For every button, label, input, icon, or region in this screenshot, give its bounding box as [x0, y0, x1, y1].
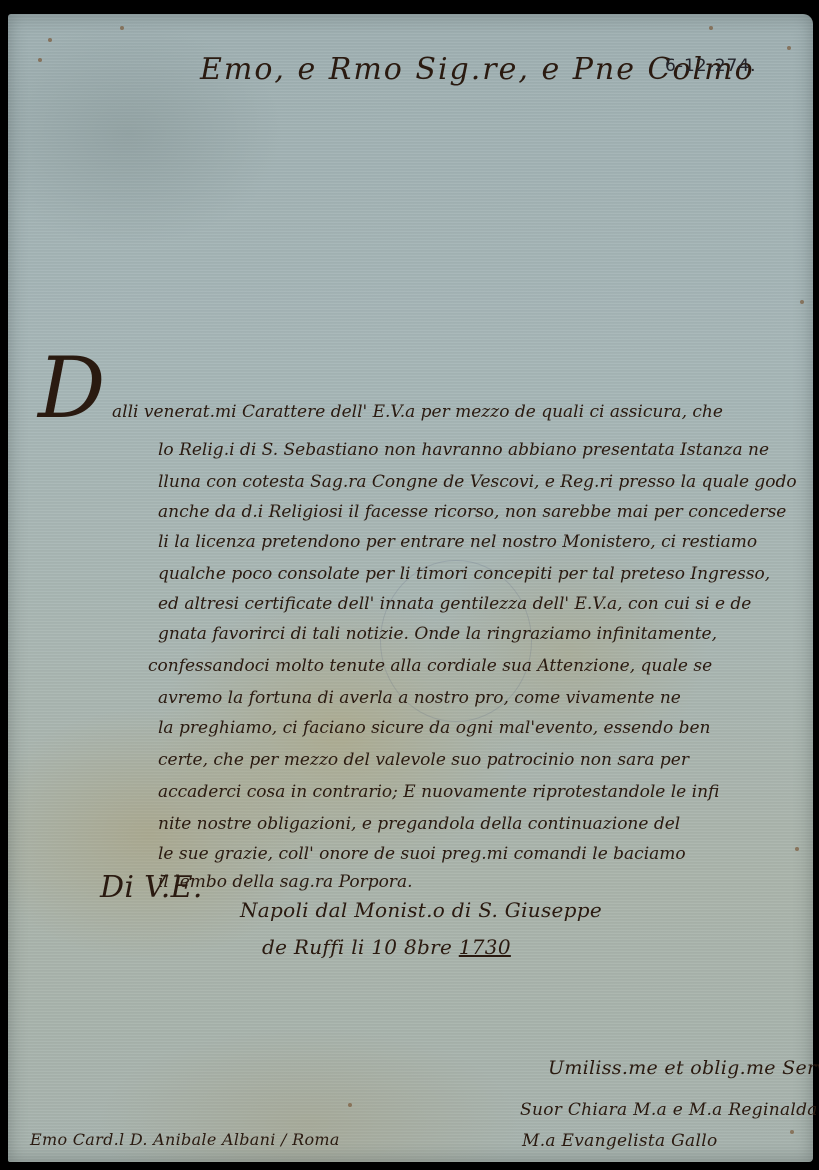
foxing-spot	[790, 1130, 794, 1134]
decorated-initial: D	[38, 346, 106, 430]
foxing-spot	[48, 38, 52, 42]
body-line: ed altresi certificate dell' innata gent…	[158, 594, 751, 614]
body-line: la preghiamo, ci faciano sicure da ogni …	[158, 718, 710, 738]
body-line: avremo la fortuna di averla a nostro pro…	[158, 688, 681, 708]
foxing-spot	[38, 58, 42, 62]
date-line: de Ruffi li 10 8bre 1730	[262, 935, 511, 959]
body-line: anche da d.i Religiosi il facesse ricors…	[158, 502, 786, 522]
foxing-spot	[348, 1103, 352, 1107]
foxing-spot	[787, 46, 791, 50]
body-line: confessandoci molto tenute alla cordiale…	[148, 656, 712, 676]
signature-line-3: M.a Evangelista Gallo	[522, 1131, 717, 1151]
foxing-spot	[120, 26, 124, 30]
body-line: nite nostre obligazioni, e pregandola de…	[158, 814, 680, 834]
recipient-address: Emo Card.l D. Anibale Albani / Roma	[30, 1130, 340, 1149]
body-line: lluna con cotesta Sag.ra Congne de Vesco…	[158, 472, 797, 492]
signature-line-1: Umiliss.me et oblig.me Serve	[548, 1057, 819, 1079]
body-line: lo Relig.i di S. Sebastiano non havranno…	[158, 440, 769, 460]
date-year: 1730	[459, 935, 511, 959]
body-line: le sue grazie, coll' onore de suoi preg.…	[158, 844, 686, 864]
archive-number: 6-12-274.	[665, 56, 757, 76]
body-line: alli venerat.mi Carattere dell' E.V.a pe…	[112, 402, 723, 422]
body-line: accaderci cosa in contrario; E nuovament…	[158, 782, 719, 802]
foxing-spot	[795, 847, 799, 851]
body-line: li la licenza pretendono per entrare nel…	[158, 532, 757, 552]
body-line: qualche poco consolate per li timori con…	[158, 564, 770, 584]
signature-line-2: Suor Chiara M.a e M.a Reginalda	[520, 1100, 818, 1120]
date-prefix: de Ruffi li 10 8bre	[262, 935, 452, 959]
body-line: gnata favorirci di tali notizie. Onde la…	[158, 624, 717, 644]
closing-formula: Di V.E.	[100, 870, 203, 905]
place-line: Napoli dal Monist.o di S. Giuseppe	[240, 898, 602, 922]
foxing-spot	[800, 300, 804, 304]
foxing-spot	[709, 26, 713, 30]
body-line: certe, che per mezzo del valevole suo pa…	[158, 750, 689, 770]
